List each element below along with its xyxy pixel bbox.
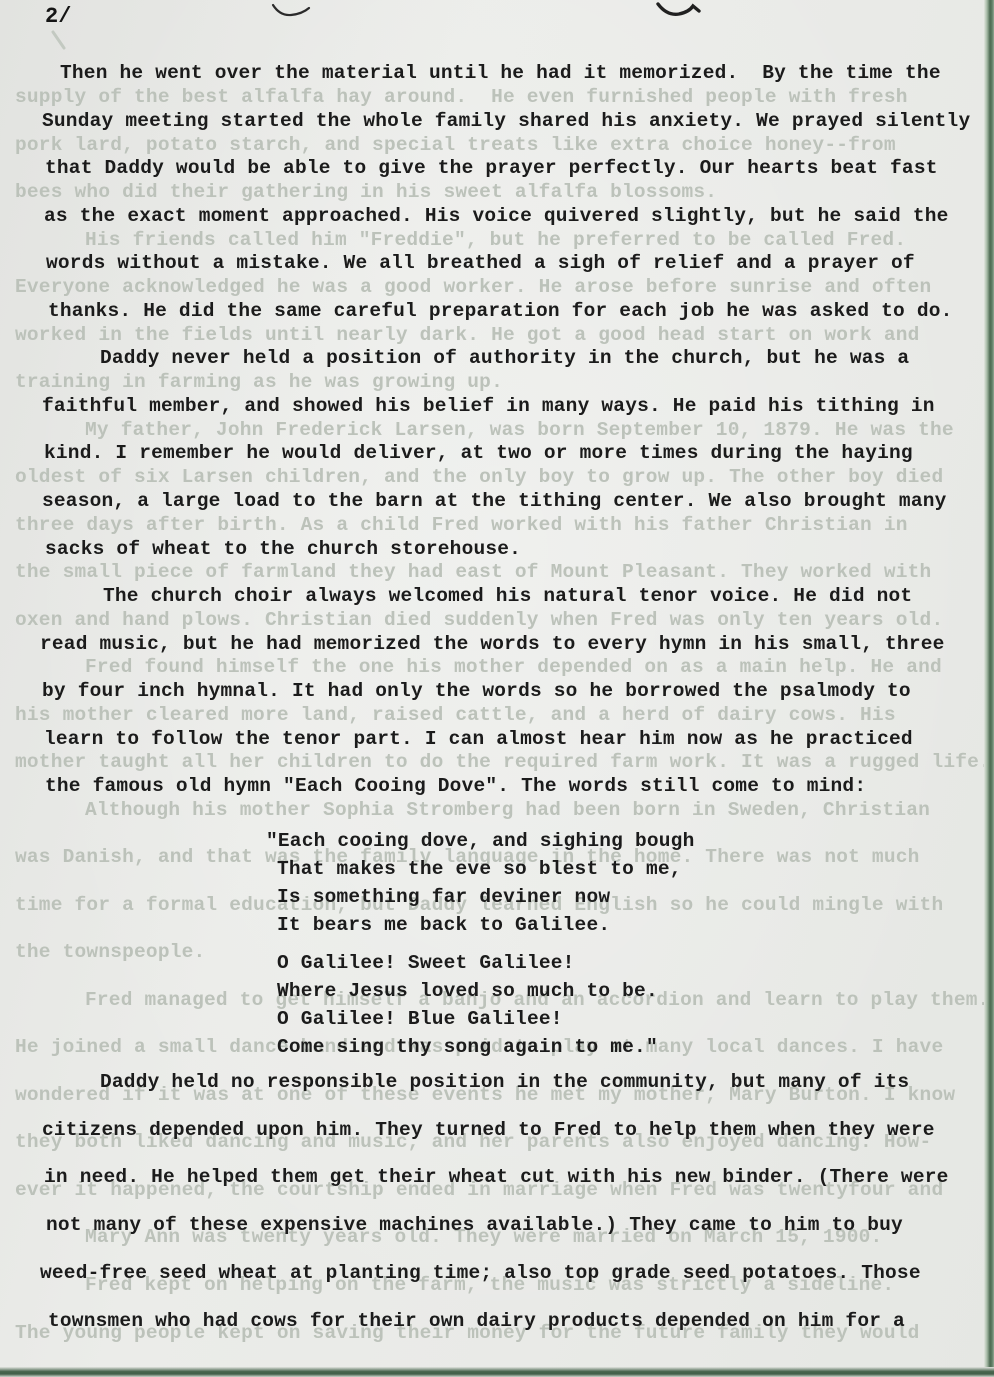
text-line: faithful member, and showed his belief i… [42, 395, 935, 418]
ghost-text-line: mother taught all her children to do the… [15, 751, 991, 774]
text-line: Daddy held no responsible position in th… [100, 1071, 909, 1094]
text-line: that Daddy would be able to give the pra… [45, 157, 938, 180]
text-line: as the exact moment approached. His voic… [44, 205, 949, 228]
scanned-document-page: 2/ supply of the best alfalfa hay around… [0, 0, 994, 1377]
ghost-text-line: Fred found himself the one his mother de… [85, 656, 942, 679]
ghost-text-line: supply of the best alfalfa hay around. H… [15, 86, 908, 109]
text-line: Daddy never held a position of authority… [100, 347, 909, 370]
text-line: Sunday meeting started the whole family … [42, 110, 970, 133]
text-line: read music, but he had memorized the wor… [40, 633, 945, 656]
ghost-text-line: the small piece of farmland they had eas… [15, 561, 931, 584]
scan-edge-right [984, 0, 994, 1377]
ghost-text-line: oxen and hand plows. Christian died sudd… [15, 609, 943, 632]
ghost-text-line: His friends called him "Freddie", but he… [85, 229, 906, 252]
page-number: 2/ [45, 6, 71, 28]
text-line: weed-free seed wheat at planting time; a… [40, 1262, 921, 1285]
text-line: Then he went over the material until he … [60, 62, 941, 85]
ghost-text-line: the townspeople. [15, 941, 205, 964]
text-line: Is something far deviner now [277, 886, 610, 909]
text-line: kind. I remember he would deliver, at tw… [44, 442, 913, 465]
text-line: It bears me back to Galilee. [277, 914, 610, 937]
curved-pen-mark [271, 2, 311, 23]
text-line: sacks of wheat to the church storehouse. [45, 538, 521, 561]
text-line: The church choir always welcomed his nat… [103, 585, 912, 608]
text-line: the famous old hymn "Each Cooing Dove". … [45, 775, 866, 798]
ghost-text-line: pork lard, potato starch, and special tr… [15, 134, 896, 157]
text-line: not many of these expensive machines ava… [46, 1214, 903, 1237]
hook-pen-mark [656, 0, 702, 25]
ghost-text-line: his mother cleared more land, raised cat… [15, 704, 896, 727]
text-line: "Each cooing dove, and sighing bough [266, 830, 694, 853]
ghost-text-line: bees who did their gathering in his swee… [15, 181, 717, 204]
text-line: O Galilee! Blue Galilee! [277, 1008, 563, 1031]
text-line: words without a mistake. We all breathed… [46, 252, 915, 275]
scan-edge-bottom [0, 1367, 994, 1377]
ghost-text-line: three days after birth. As a child Fred … [15, 514, 908, 537]
ghost-text-line: training in farming as he was growing up… [15, 371, 503, 394]
text-line: Where Jesus loved so much to be. [277, 980, 658, 1003]
text-line: O Galilee! Sweet Galilee! [277, 952, 575, 975]
text-line: learn to follow the tenor part. I can al… [44, 728, 913, 751]
text-line: by four inch hymnal. It had only the wor… [42, 680, 911, 703]
text-line: citizens depended upon him. They turned … [42, 1119, 935, 1142]
ghost-text-line: Everyone acknowledged he was a good work… [15, 276, 931, 299]
text-line: season, a large load to the barn at the … [42, 490, 947, 513]
ghost-text-line: worked in the fields until nearly dark. … [15, 324, 920, 347]
faint-smudge-mark [50, 30, 68, 55]
text-line: townsmen who had cows for their own dair… [48, 1310, 905, 1333]
text-line: thanks. He did the same careful preparat… [48, 300, 953, 323]
ghost-text-line: oldest of six Larsen children, and the o… [15, 466, 943, 489]
text-line: Come sing thy song again to me." [277, 1036, 658, 1059]
text-line: in need. He helped them get their wheat … [44, 1166, 949, 1189]
ghost-text-line: My father, John Frederick Larsen, was bo… [85, 419, 954, 442]
ghost-text-line: Although his mother Sophia Stromberg had… [85, 799, 930, 822]
text-line: That makes the eve so blest to me, [277, 858, 682, 881]
